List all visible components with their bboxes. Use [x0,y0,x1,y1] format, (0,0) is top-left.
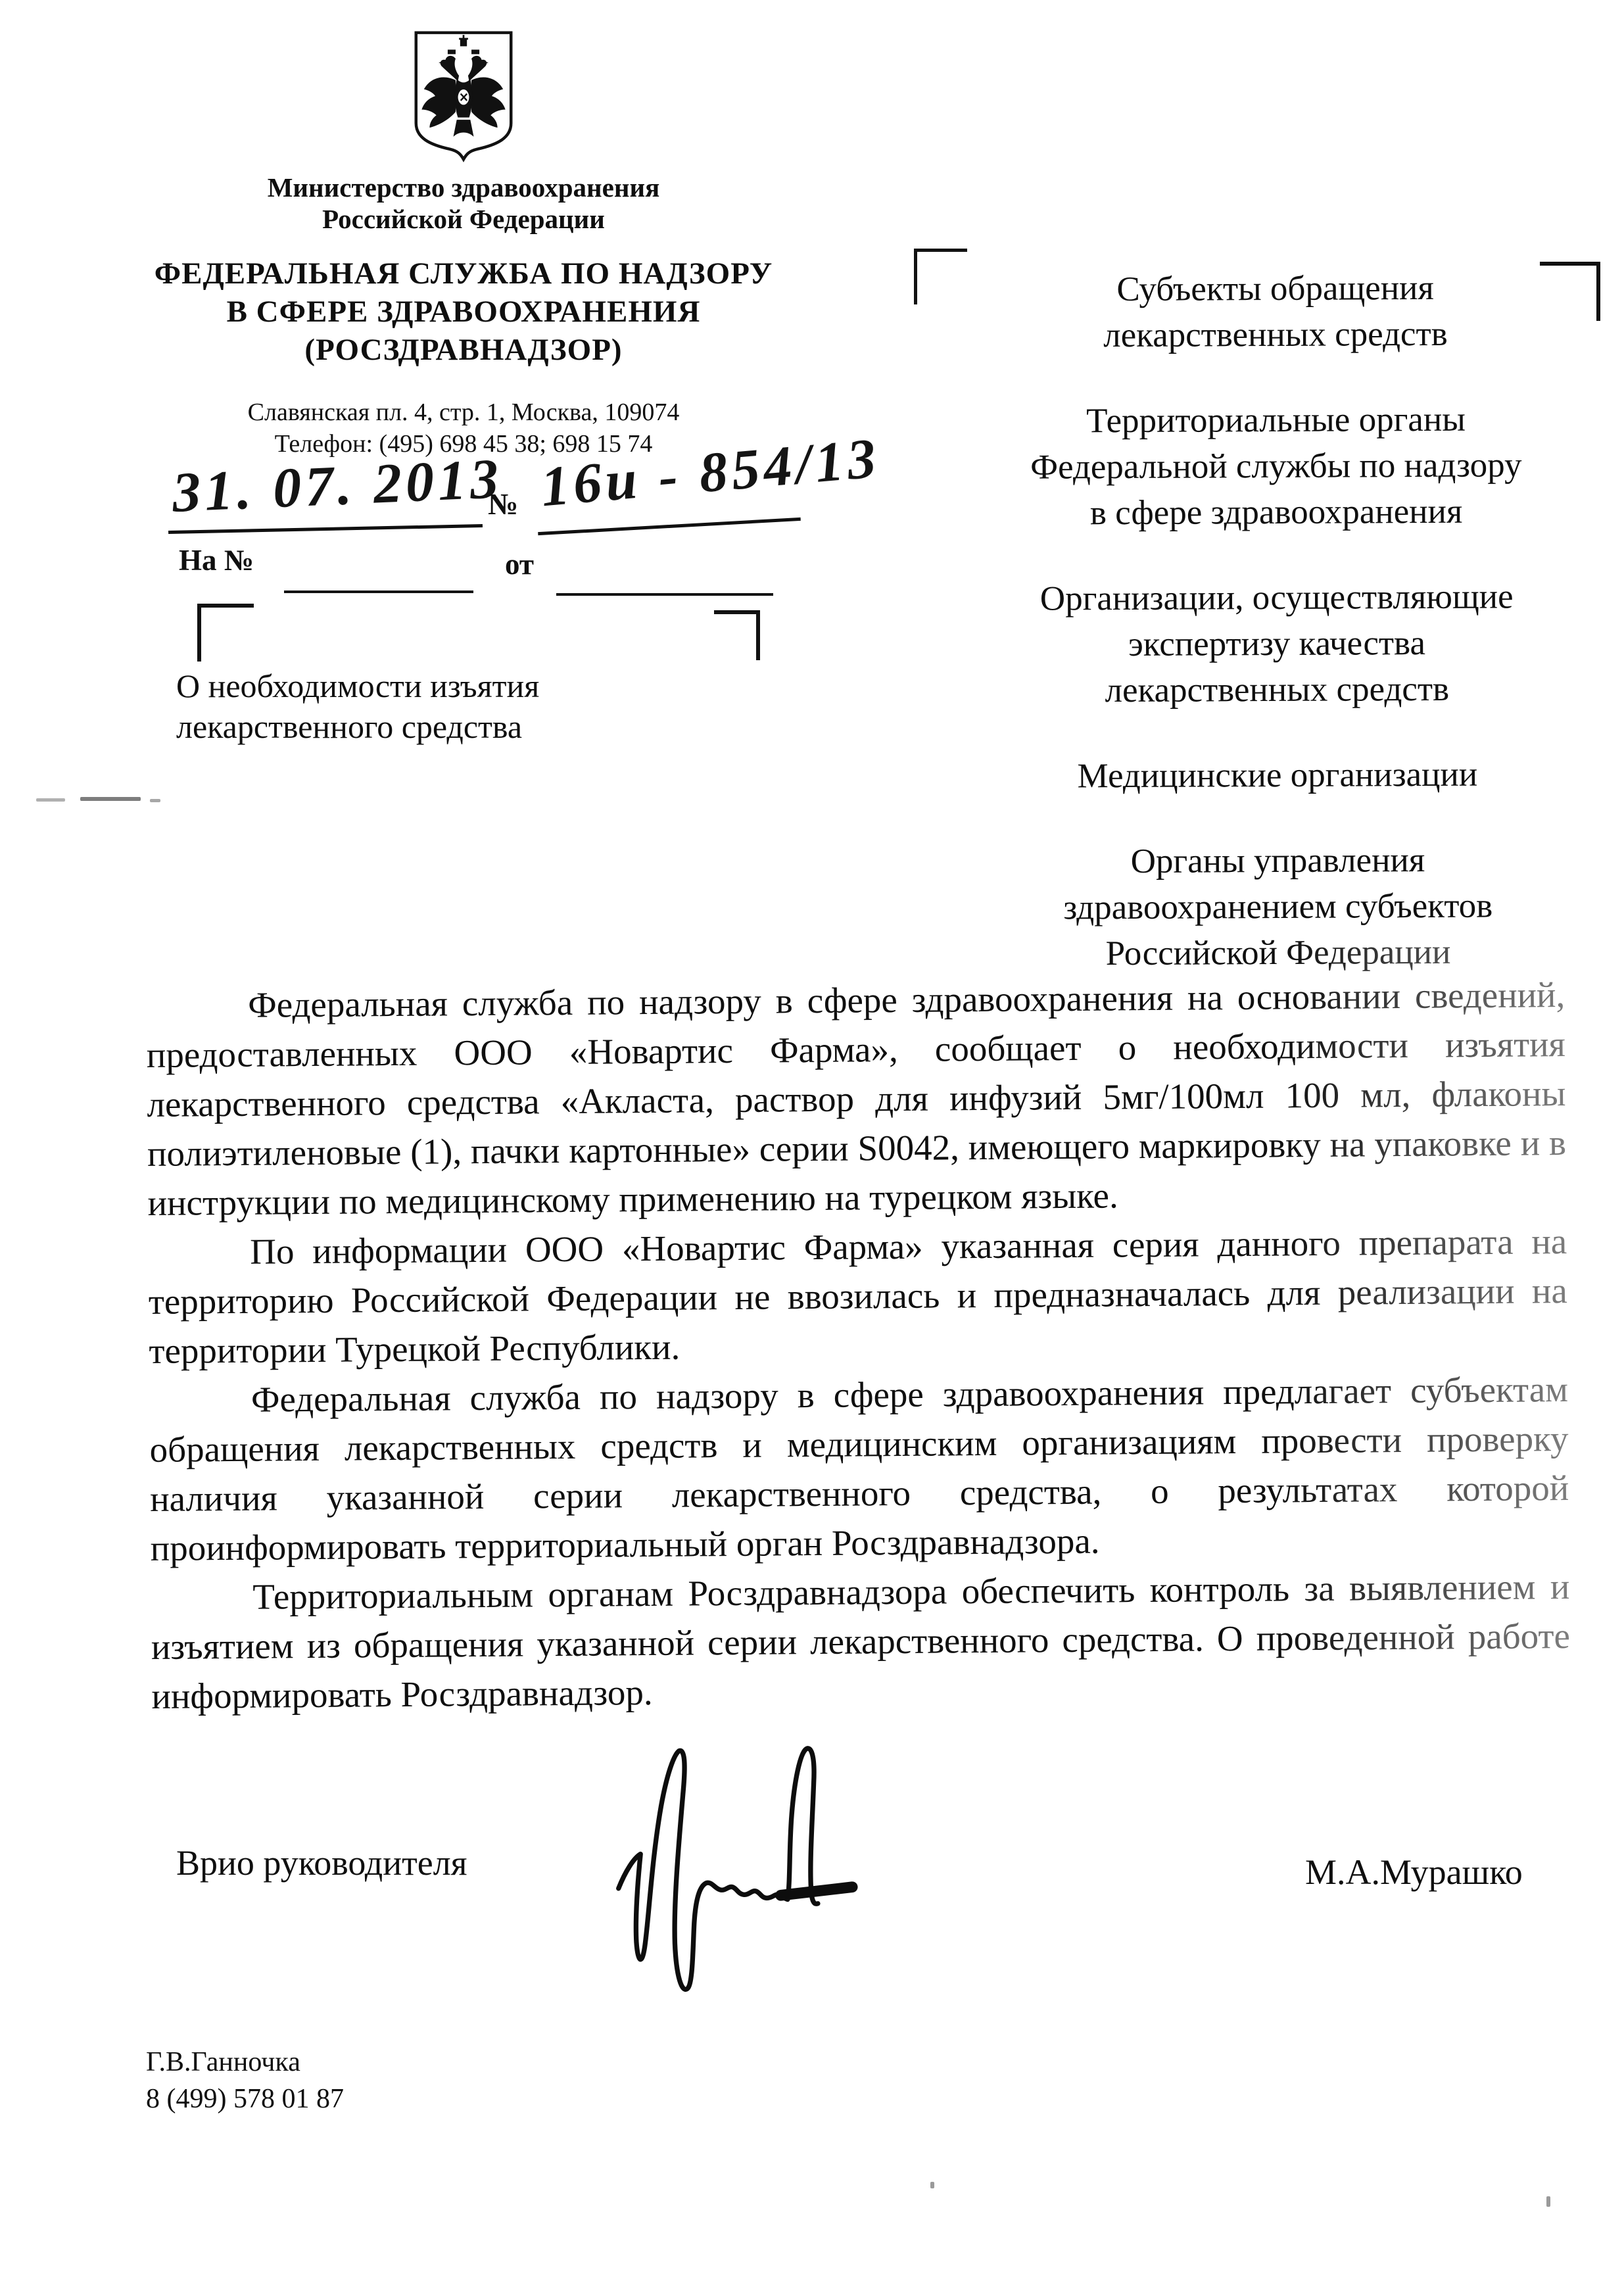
body-paragraph: По информации ООО «Новартис Фарма» указа… [148,1217,1568,1376]
scan-artifact-speck [930,2182,934,2188]
recipient-line: здравоохранением субъектов [956,882,1600,931]
signer-name: М.А.Мурашко [1305,1852,1523,1892]
handwritten-signature-icon [577,1723,880,1999]
in-reply-to-label: На № [179,543,254,577]
executor-block: Г.В.Ганночка 8 (499) 578 01 87 [146,2044,344,2117]
recipients-list: Субъекты обращения лекарственных средств… [953,264,1601,1017]
recipient-group: Субъекты обращения лекарственных средств [953,264,1598,359]
recipient-line: Органы управления [955,836,1600,885]
scan-artifact-dash [80,797,141,801]
subject-line1: О необходимости изъятия [176,665,539,706]
service-line3: (РОСЗДРАВНАДЗОР) [118,331,809,369]
recipient-line: Федеральной службы по надзору [954,442,1598,491]
from-date-blank-line [556,593,773,596]
handwritten-date: 31. 07. 2013 [171,445,504,525]
ministry-line1: Министерство здравоохранения [118,172,809,203]
recipient-line: Территориальные органы [953,396,1598,445]
letter-body: Федеральная служба по надзору в сфере зд… [146,970,1571,1721]
scan-artifact-dash [36,798,65,802]
subject: О необходимости изъятия лекарственного с… [176,665,539,747]
recipient-group: Организации, осуществляющие экспертизу к… [955,573,1600,714]
recipient-group: Медицинские организации [955,751,1600,800]
letterhead: Министерство здравоохранения Российской … [118,28,809,460]
in-reply-to-blank-line [284,590,473,593]
recipient-line: Организации, осуществляющие [955,573,1599,622]
recipient-line: Субъекты обращения [953,264,1598,313]
signer-position-title: Врио руководителя [176,1843,467,1883]
recipient-group: Органы управления здравоохранением субъе… [955,836,1600,977]
russia-coat-of-arms-icon [407,28,520,164]
ministry-name: Министерство здравоохранения Российской … [118,172,809,235]
service-name: ФЕДЕРАЛЬНАЯ СЛУЖБА ПО НАДЗОРУ В СФЕРЕ ЗД… [118,254,809,369]
ministry-line2: Российской Федерации [118,203,809,235]
subject-field-corner-mark-left [197,604,254,662]
number-sign: № [488,487,518,521]
address-line: Славянская пл. 4, стр. 1, Москва, 109074 [118,397,809,428]
recipient-line: экспертизу качества [955,619,1599,668]
date-underline [168,524,483,534]
recipient-line: лекарственных средств [955,665,1599,714]
body-paragraph: Федеральная служба по надзору в сфере зд… [149,1364,1569,1573]
executor-phone: 8 (499) 578 01 87 [146,2081,344,2117]
body-paragraph: Федеральная служба по надзору в сфере зд… [146,970,1567,1228]
recipient-line: Медицинские организации [955,751,1600,800]
number-underline [538,518,801,535]
executor-name: Г.В.Ганночка [146,2044,344,2081]
recipient-group: Территориальные органы Федеральной служб… [953,396,1598,537]
service-line1: ФЕДЕРАЛЬНАЯ СЛУЖБА ПО НАДЗОРУ [118,254,809,293]
recipient-line: в сфере здравоохранения [954,488,1598,537]
scan-artifact-speck [1546,2196,1550,2207]
from-date-label: от [505,547,534,581]
subject-field-corner-mark-right [714,610,760,660]
subject-line2: лекарственного средства [176,706,539,747]
service-line2: В СФЕРЕ ЗДРАВООХРАНЕНИЯ [118,293,809,331]
body-paragraph: Территориальным органам Росздравнадзора … [151,1562,1571,1721]
scan-artifact-dash [150,799,160,802]
scanned-letter-page: Министерство здравоохранения Российской … [0,0,1624,2289]
recipient-line: лекарственных средств [953,310,1598,359]
